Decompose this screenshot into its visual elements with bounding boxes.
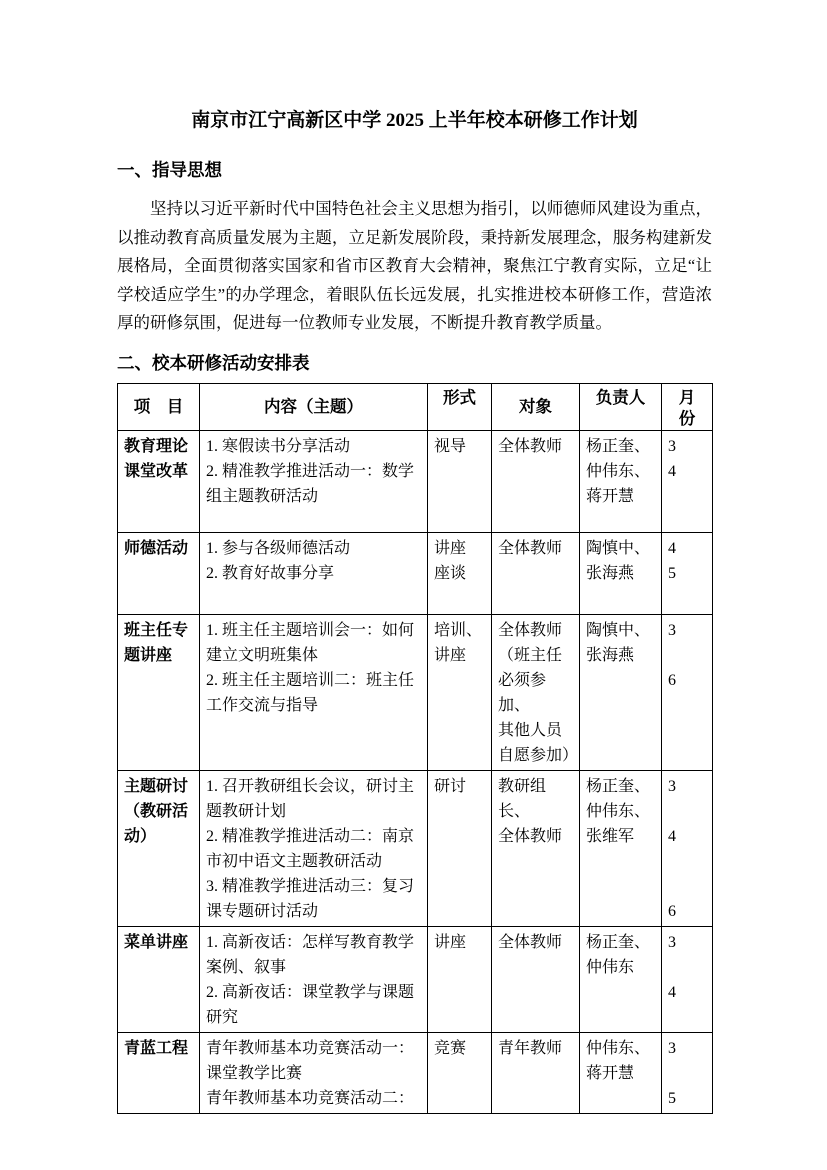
document-content: 南京市江宁高新区中学 2025 上半年校本研修工作计划 一、指导思想 坚持以习近… (117, 0, 712, 1114)
header-month: 月 份 (662, 383, 713, 430)
cell-project: 教育理论 课堂改革 (118, 430, 200, 532)
cell-target: 青年教师 (492, 1032, 580, 1113)
section2-heading: 二、校本研修活动安排表 (117, 351, 712, 375)
cell-target: 全体教师 (492, 532, 580, 614)
cell-months: 3 4 (662, 430, 713, 532)
cell-form: 研讨 (428, 770, 492, 926)
table-body: 教育理论 课堂改革 1. 寒假读书分享活动 2. 精准教学推进活动一：数学 组主… (118, 430, 713, 1113)
document-title: 南京市江宁高新区中学 2025 上半年校本研修工作计划 (117, 0, 712, 134)
cell-target: 全体教师 (492, 926, 580, 1032)
cell-form: 竞赛 (428, 1032, 492, 1113)
cell-leader: 陶慎中、 张海燕 (580, 532, 662, 614)
table-row: 主题研讨 （教研活 动） 1. 召开教研组长会议，研讨主 题教研计划 2. 精准… (118, 770, 713, 926)
cell-months: 3 6 (662, 614, 713, 770)
schedule-table: 项 目 内容（主题） 形式 对象 负责人 月 份 教育理论 课堂改革 1. 寒假… (117, 383, 713, 1114)
cell-form: 讲座 座谈 (428, 532, 492, 614)
table-row: 教育理论 课堂改革 1. 寒假读书分享活动 2. 精准教学推进活动一：数学 组主… (118, 430, 713, 532)
cell-months: 3 5 (662, 1032, 713, 1113)
cell-form: 讲座 (428, 926, 492, 1032)
cell-content: 1. 召开教研组长会议，研讨主 题教研计划 2. 精准教学推进活动二：南京 市初… (200, 770, 428, 926)
table-row: 菜单讲座 1. 高新夜话：怎样写教育教学 案例、叙事 2. 高新夜话：课堂教学与… (118, 926, 713, 1032)
cell-leader: 陶慎中、 张海燕 (580, 614, 662, 770)
cell-target: 教研组长、 全体教师 (492, 770, 580, 926)
cell-form: 培训、 讲座 (428, 614, 492, 770)
cell-project: 菜单讲座 (118, 926, 200, 1032)
section1-paragraph: 坚持以习近平新时代中国特色社会主义思想为指引，以师德师风建设为重点，以推动教育高… (117, 195, 712, 338)
cell-months: 3 4 (662, 926, 713, 1032)
table-header-row: 项 目 内容（主题） 形式 对象 负责人 月 份 (118, 383, 713, 430)
cell-leader: 杨正奎、 仲伟东、 蒋开慧 (580, 430, 662, 532)
section1-heading: 一、指导思想 (117, 158, 712, 182)
cell-months: 4 5 (662, 532, 713, 614)
document-page: 南京市江宁高新区中学 2025 上半年校本研修工作计划 一、指导思想 坚持以习近… (0, 0, 827, 1170)
cell-project: 青蓝工程 (118, 1032, 200, 1113)
table-row: 青蓝工程 青年教师基本功竞赛活动一： 课堂教学比赛 青年教师基本功竞赛活动二： … (118, 1032, 713, 1113)
header-form: 形式 (428, 383, 492, 430)
cell-project: 师德活动 (118, 532, 200, 614)
header-project: 项 目 (118, 383, 200, 430)
cell-target: 全体教师 （班主任 必须参加、 其他人员 自愿参加） (492, 614, 580, 770)
cell-content: 1. 高新夜话：怎样写教育教学 案例、叙事 2. 高新夜话：课堂教学与课题 研究 (200, 926, 428, 1032)
cell-leader: 仲伟东、 蒋开慧 (580, 1032, 662, 1113)
cell-months: 3 4 6 (662, 770, 713, 926)
cell-content: 1. 寒假读书分享活动 2. 精准教学推进活动一：数学 组主题教研活动 (200, 430, 428, 532)
header-content: 内容（主题） (200, 383, 428, 430)
table-row: 师德活动 1. 参与各级师德活动 2. 教育好故事分享 讲座 座谈 全体教师 陶… (118, 532, 713, 614)
cell-leader: 杨正奎、 仲伟东 (580, 926, 662, 1032)
cell-project: 主题研讨 （教研活 动） (118, 770, 200, 926)
cell-project: 班主任专 题讲座 (118, 614, 200, 770)
cell-content: 1. 班主任主题培训会一：如何 建立文明班集体 2. 班主任主题培训二：班主任 … (200, 614, 428, 770)
header-target: 对象 (492, 383, 580, 430)
cell-content: 1. 参与各级师德活动 2. 教育好故事分享 (200, 532, 428, 614)
cell-form: 视导 (428, 430, 492, 532)
table-row: 班主任专 题讲座 1. 班主任主题培训会一：如何 建立文明班集体 2. 班主任主… (118, 614, 713, 770)
header-leader: 负责人 (580, 383, 662, 430)
cell-target: 全体教师 (492, 430, 580, 532)
cell-leader: 杨正奎、 仲伟东、 张维军 (580, 770, 662, 926)
cell-content: 青年教师基本功竞赛活动一： 课堂教学比赛 青年教师基本功竞赛活动二： (200, 1032, 428, 1113)
